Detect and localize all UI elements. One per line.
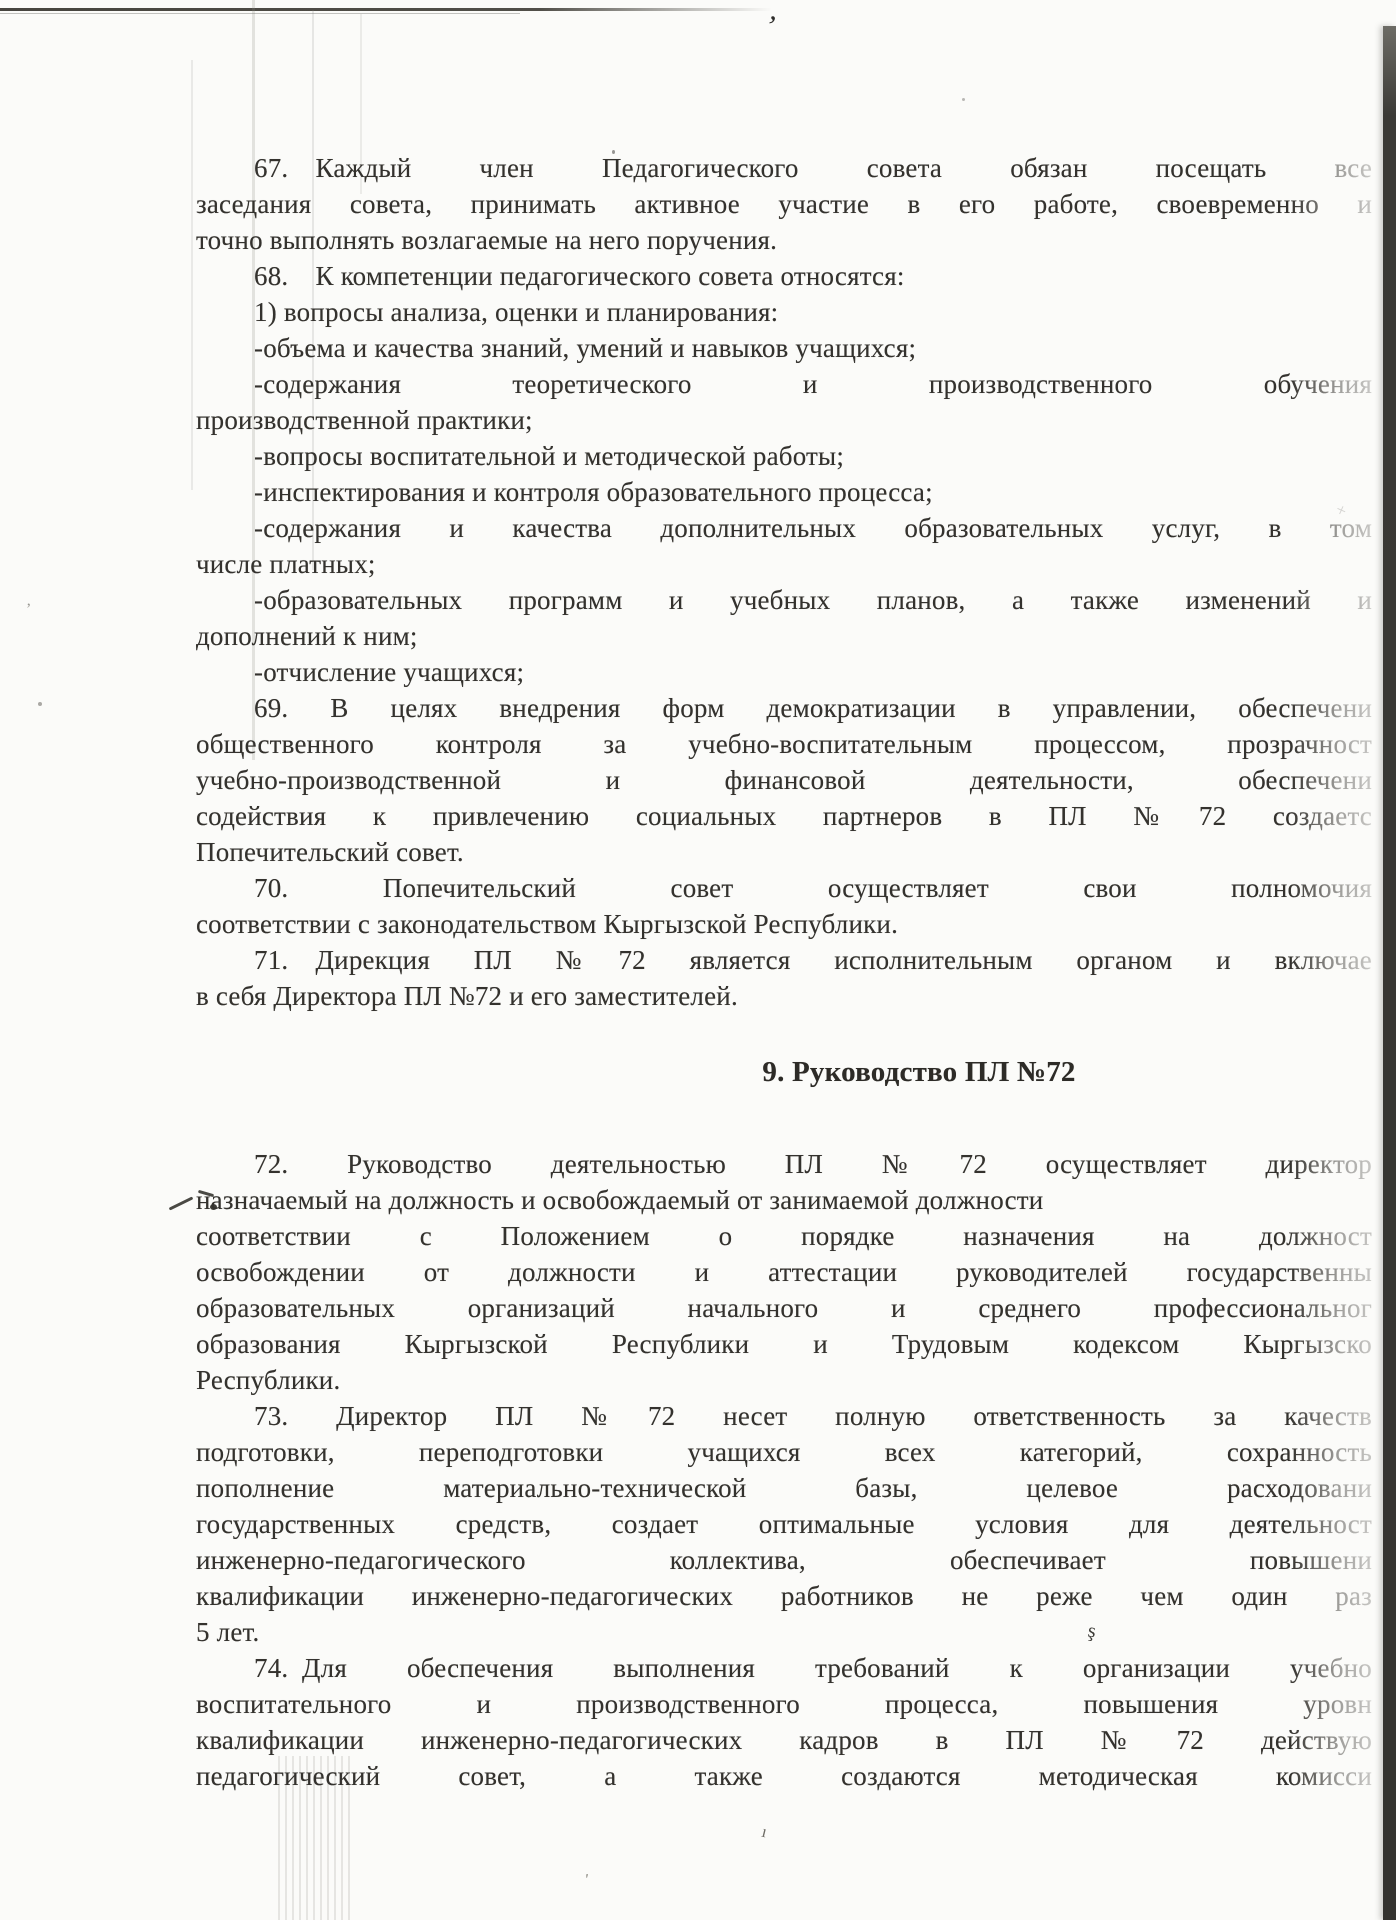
- text-line: Республики.: [196, 1362, 1372, 1398]
- text-line: числе платных;: [196, 546, 1372, 582]
- text-line: -содержания теоретического и производств…: [196, 366, 1372, 402]
- text-line: образования Кыргызской Республики и Труд…: [196, 1326, 1372, 1362]
- small-tick-mark: ı: [760, 1822, 769, 1843]
- small-tick-mark: ʹ: [585, 1872, 590, 1889]
- text-line: -образовательных программ и учебных план…: [196, 582, 1372, 618]
- text-line: 74. Для обеспечения выполнения требовани…: [196, 1650, 1372, 1686]
- text-line: освобождении от должности и аттестации р…: [196, 1254, 1372, 1290]
- text-line: 67. Каждый член Педагогического совета о…: [196, 150, 1372, 186]
- text-line: 73. Директор ПЛ №72 несет полную ответст…: [196, 1398, 1372, 1434]
- scan-streak: [191, 60, 193, 490]
- stray-apostrophe-mark: ’: [763, 9, 780, 44]
- text-line: -инспектирования и контроля образователь…: [196, 474, 1372, 510]
- text-line: пополнение материально-технической базы,…: [196, 1470, 1372, 1506]
- text-line: дополнений к ним;: [196, 618, 1372, 654]
- text-line: -отчисление учащихся;: [196, 654, 1372, 690]
- scan-right-edge-bar: [1383, 26, 1396, 1920]
- text-line: 69. В целях внедрения форм демократизаци…: [196, 690, 1372, 726]
- text-line: 71. Дирекция ПЛ №72 является исполнитель…: [196, 942, 1372, 978]
- document-text: 67. Каждый член Педагогического совета о…: [196, 150, 1372, 1794]
- text-line: точно выполнять возлагаемые на него пору…: [196, 222, 1372, 258]
- text-line: назначаемый на должность и освобождаемый…: [196, 1182, 1372, 1218]
- scan-top-edge-line-thin: [0, 13, 520, 14]
- scan-speck: [962, 98, 965, 101]
- text-line: -содержания и качества дополнительных об…: [196, 510, 1372, 546]
- text-line: 70. Попечительский совет осуществляет св…: [196, 870, 1372, 906]
- text-line: заседания совета, принимать активное уча…: [196, 186, 1372, 222]
- section-heading: 9. Руководство ПЛ №72: [196, 1054, 1372, 1090]
- text-line: подготовки, переподготовки учащихся всех…: [196, 1434, 1372, 1470]
- scan-top-edge-line: [0, 8, 772, 11]
- text-line: государственных средств, создает оптимал…: [196, 1506, 1372, 1542]
- margin-speck: ‚: [26, 592, 31, 610]
- text-line: квалификации инженерно-педагогических ра…: [196, 1578, 1372, 1614]
- text-line: Попечительский совет.: [196, 834, 1372, 870]
- text-line: 68. К компетенции педагогического совета…: [196, 258, 1372, 294]
- text-line: 1) вопросы анализа, оценки и планировани…: [196, 294, 1372, 330]
- text-line: инженерно-педагогического коллектива, об…: [196, 1542, 1372, 1578]
- text-line: -вопросы воспитательной и методической р…: [196, 438, 1372, 474]
- scanned-document-page: ’ + ş ı ʹ ‚ 67. Каждый член Педагогическ…: [0, 0, 1396, 1920]
- text-line: содействия к привлечению социальных парт…: [196, 798, 1372, 834]
- text-line: 72. Руководство деятельностью ПЛ №72 осу…: [196, 1146, 1372, 1182]
- text-line: педагогический совет, а также создаются …: [196, 1758, 1372, 1794]
- margin-speck: [38, 702, 42, 706]
- text-line: воспитательного и производственного проц…: [196, 1686, 1372, 1722]
- text-line: общественного контроля за учебно-воспита…: [196, 726, 1372, 762]
- text-line: производственной практики;: [196, 402, 1372, 438]
- text-line: образовательных организаций начального и…: [196, 1290, 1372, 1326]
- text-line: соответствии с законодательством Кыргызс…: [196, 906, 1372, 942]
- text-line: квалификации инженерно-педагогических ка…: [196, 1722, 1372, 1758]
- text-line: учебно-производственной и финансовой дея…: [196, 762, 1372, 798]
- text-line: в себя Директора ПЛ №72 и его заместител…: [196, 978, 1372, 1014]
- text-line: соответствии с Положением о порядке назн…: [196, 1218, 1372, 1254]
- text-line: 5 лет.: [196, 1614, 1372, 1650]
- text-line: -объема и качества знаний, умений и навы…: [196, 330, 1372, 366]
